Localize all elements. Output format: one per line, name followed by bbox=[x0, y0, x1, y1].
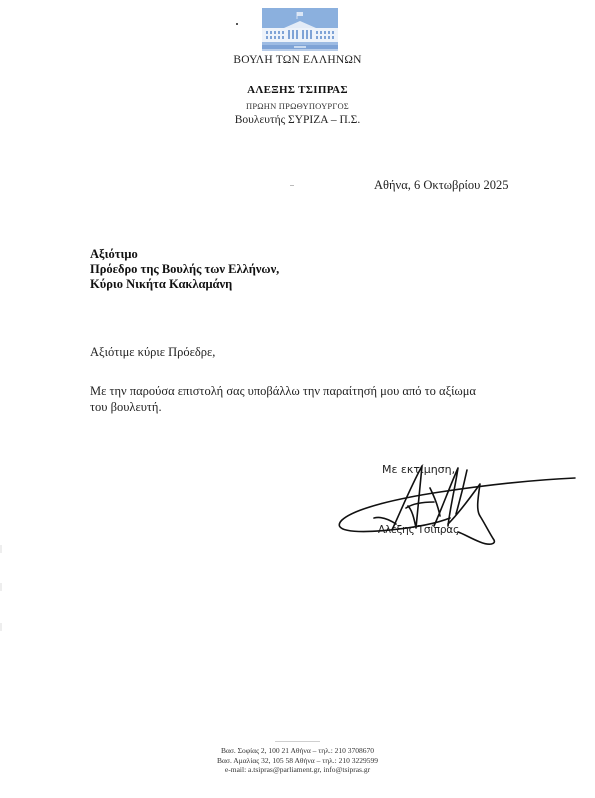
footer-divider bbox=[275, 741, 320, 742]
letter-date: Αθήνα, 6 Οκτωβρίου 2025 bbox=[374, 178, 508, 193]
sender-title: ΠΡΩΗΝ ΠΡΩΘΥΠΟΥΡΓΟΣ bbox=[0, 101, 595, 111]
footer-address-2: Βασ. Αμαλίας 32, 105 58 Αθήνα – τηλ.: 21… bbox=[0, 756, 595, 766]
scan-speck bbox=[236, 23, 238, 25]
scan-margin-marks bbox=[0, 545, 4, 645]
parliament-name: ΒΟΥΛΗ ΤΩΝ ΕΛΛΗΝΩΝ bbox=[0, 54, 595, 66]
recipient-line: Αξιότιμο bbox=[90, 247, 279, 262]
footer-contact: Βασ. Σοφίας 2, 100 21 Αθήνα – τηλ.: 210 … bbox=[0, 746, 595, 775]
footer-address-1: Βασ. Σοφίας 2, 100 21 Αθήνα – τηλ.: 210 … bbox=[0, 746, 595, 756]
salutation: Αξιότιμε κύριε Πρόεδρε, bbox=[90, 345, 215, 360]
letter-page: ΒΟΥΛΗ ΤΩΝ ΕΛΛΗΝΩΝ ΑΛΕΞΗΣ ΤΣΙΠΡΑΣ ΠΡΩΗΝ Π… bbox=[0, 0, 595, 798]
footer-email: e-mail: a.tsipras@parliament.gr, info@ts… bbox=[0, 765, 595, 775]
sender-name: ΑΛΕΞΗΣ ΤΣΙΠΡΑΣ bbox=[0, 84, 595, 96]
handwritten-signature-icon bbox=[330, 458, 580, 553]
recipient-line: Κύριο Νικήτα Κακλαμάνη bbox=[90, 277, 279, 292]
recipient-line: Πρόεδρο της Βουλής των Ελλήνων, bbox=[90, 262, 279, 277]
letter-body: Με την παρούσα επιστολή σας υποβάλλω την… bbox=[90, 383, 485, 415]
hellenic-parliament-building-icon bbox=[260, 8, 340, 53]
sender-role: Βουλευτής ΣΥΡΙΖΑ – Π.Σ. bbox=[0, 114, 595, 126]
scan-speck bbox=[290, 185, 294, 186]
recipient-block: Αξιότιμο Πρόεδρο της Βουλής των Ελλήνων,… bbox=[90, 247, 279, 292]
